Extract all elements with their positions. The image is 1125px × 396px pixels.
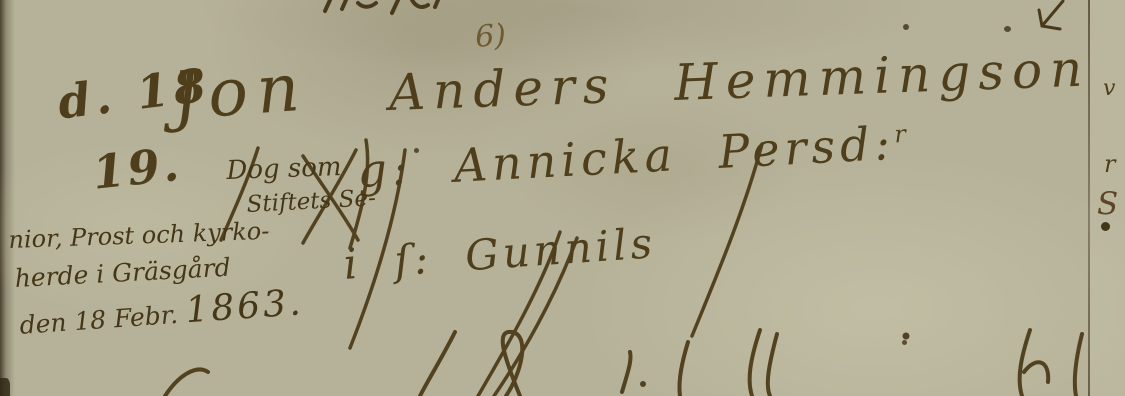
- right-column-fragment-2: r: [1104, 150, 1115, 178]
- burial-date-number: 19.: [90, 137, 184, 200]
- ink-speck: [414, 148, 419, 153]
- entry-first-name: Jon: [170, 49, 311, 135]
- spouse-patronym-superscript: r: [894, 120, 912, 149]
- right-column-fragment-3: S: [1097, 186, 1118, 222]
- spouse-patronym: Persd:: [717, 116, 896, 179]
- margin-note-year: 1863.: [184, 282, 305, 331]
- ink-speck: [903, 24, 909, 30]
- footnote-marker: 6): [474, 18, 507, 55]
- ink-blot-corner: [0, 378, 10, 396]
- right-column-fragment-1: v: [1103, 76, 1115, 101]
- ink-speck: [902, 340, 907, 345]
- margin-note-line1: Dog som: [226, 152, 342, 186]
- manuscript-page: d. 18 19. Jon 6) Anders Hemmingson g: An…: [0, 0, 1125, 396]
- ink-dot-right-column: [1101, 222, 1110, 231]
- ink-speck: [1004, 26, 1011, 32]
